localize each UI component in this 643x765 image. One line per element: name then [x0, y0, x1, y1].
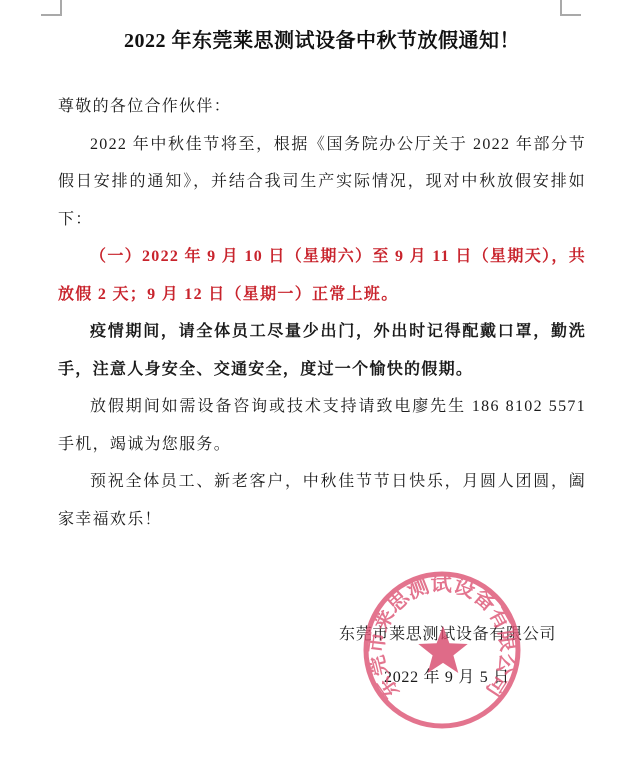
seal-star-icon: [418, 626, 467, 673]
salutation-line: 尊敬的各位合作伙伴：: [58, 88, 586, 126]
margin-crop-mark-top-right: [560, 0, 581, 16]
paragraph-support-contact: 放假期间如需设备咨询或技术支持请致电廖先生 186 8102 5571 手机，竭…: [58, 388, 586, 463]
margin-crop-mark-top-left: [41, 0, 62, 16]
paragraph-intro: 2022 年中秋佳节将至，根据《国务院办公厅关于 2022 年部分节假日安排的通…: [58, 126, 586, 239]
paragraph-epidemic-reminder: 疫情期间，请全体员工尽量少出门，外出时记得配戴口罩，勤洗手，注意人身安全、交通安…: [58, 313, 586, 388]
paragraph-holiday-arrangement: （一）2022 年 9 月 10 日（星期六）至 9 月 11 日（星期天），共…: [58, 238, 586, 313]
company-seal-stamp: 东莞市莱思测试设备有限公司: [357, 565, 527, 735]
paragraph-festival-wishes: 预祝全体员工、新老客户，中秋佳节节日快乐，月圆人团圆，阖家幸福欢乐！: [58, 463, 586, 538]
notice-title: 2022 年东莞莱思测试设备中秋节放假通知！: [58, 26, 586, 56]
notice-body: 尊敬的各位合作伙伴： 2022 年中秋佳节将至，根据《国务院办公厅关于 2022…: [58, 88, 586, 538]
document-content: 2022 年东莞莱思测试设备中秋节放假通知！ 尊敬的各位合作伙伴： 2022 年…: [58, 26, 586, 538]
notice-document-page: 2022 年东莞莱思测试设备中秋节放假通知！ 尊敬的各位合作伙伴： 2022 年…: [0, 0, 643, 765]
